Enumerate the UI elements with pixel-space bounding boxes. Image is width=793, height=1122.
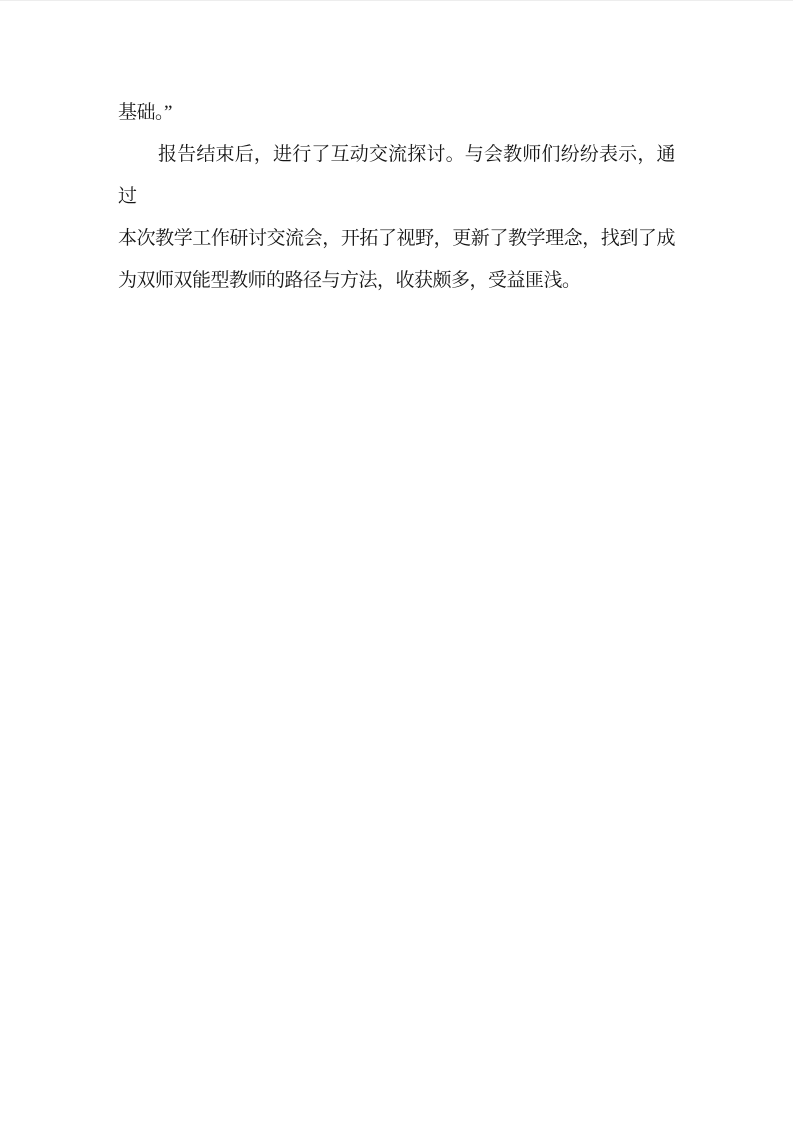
paragraph-last-line: 为双师双能型教师的路径与方法，收获颇多，受益匪浅。 (118, 260, 675, 302)
document-page: 基础。” 报告结束后，进行了互动交流探讨。与会教师们纷纷表示，通过 本次教学工作… (0, 0, 793, 1122)
paragraph-ending-line: 基础。” (118, 92, 675, 134)
paragraph-line: 报告结束后，进行了互动交流探讨。与会教师们纷纷表示，通过 (118, 134, 675, 218)
document-text: 基础。” 报告结束后，进行了互动交流探讨。与会教师们纷纷表示，通过 本次教学工作… (118, 92, 675, 302)
paragraph-line: 本次教学工作研讨交流会，开拓了视野，更新了教学理念，找到了成 (118, 218, 675, 260)
